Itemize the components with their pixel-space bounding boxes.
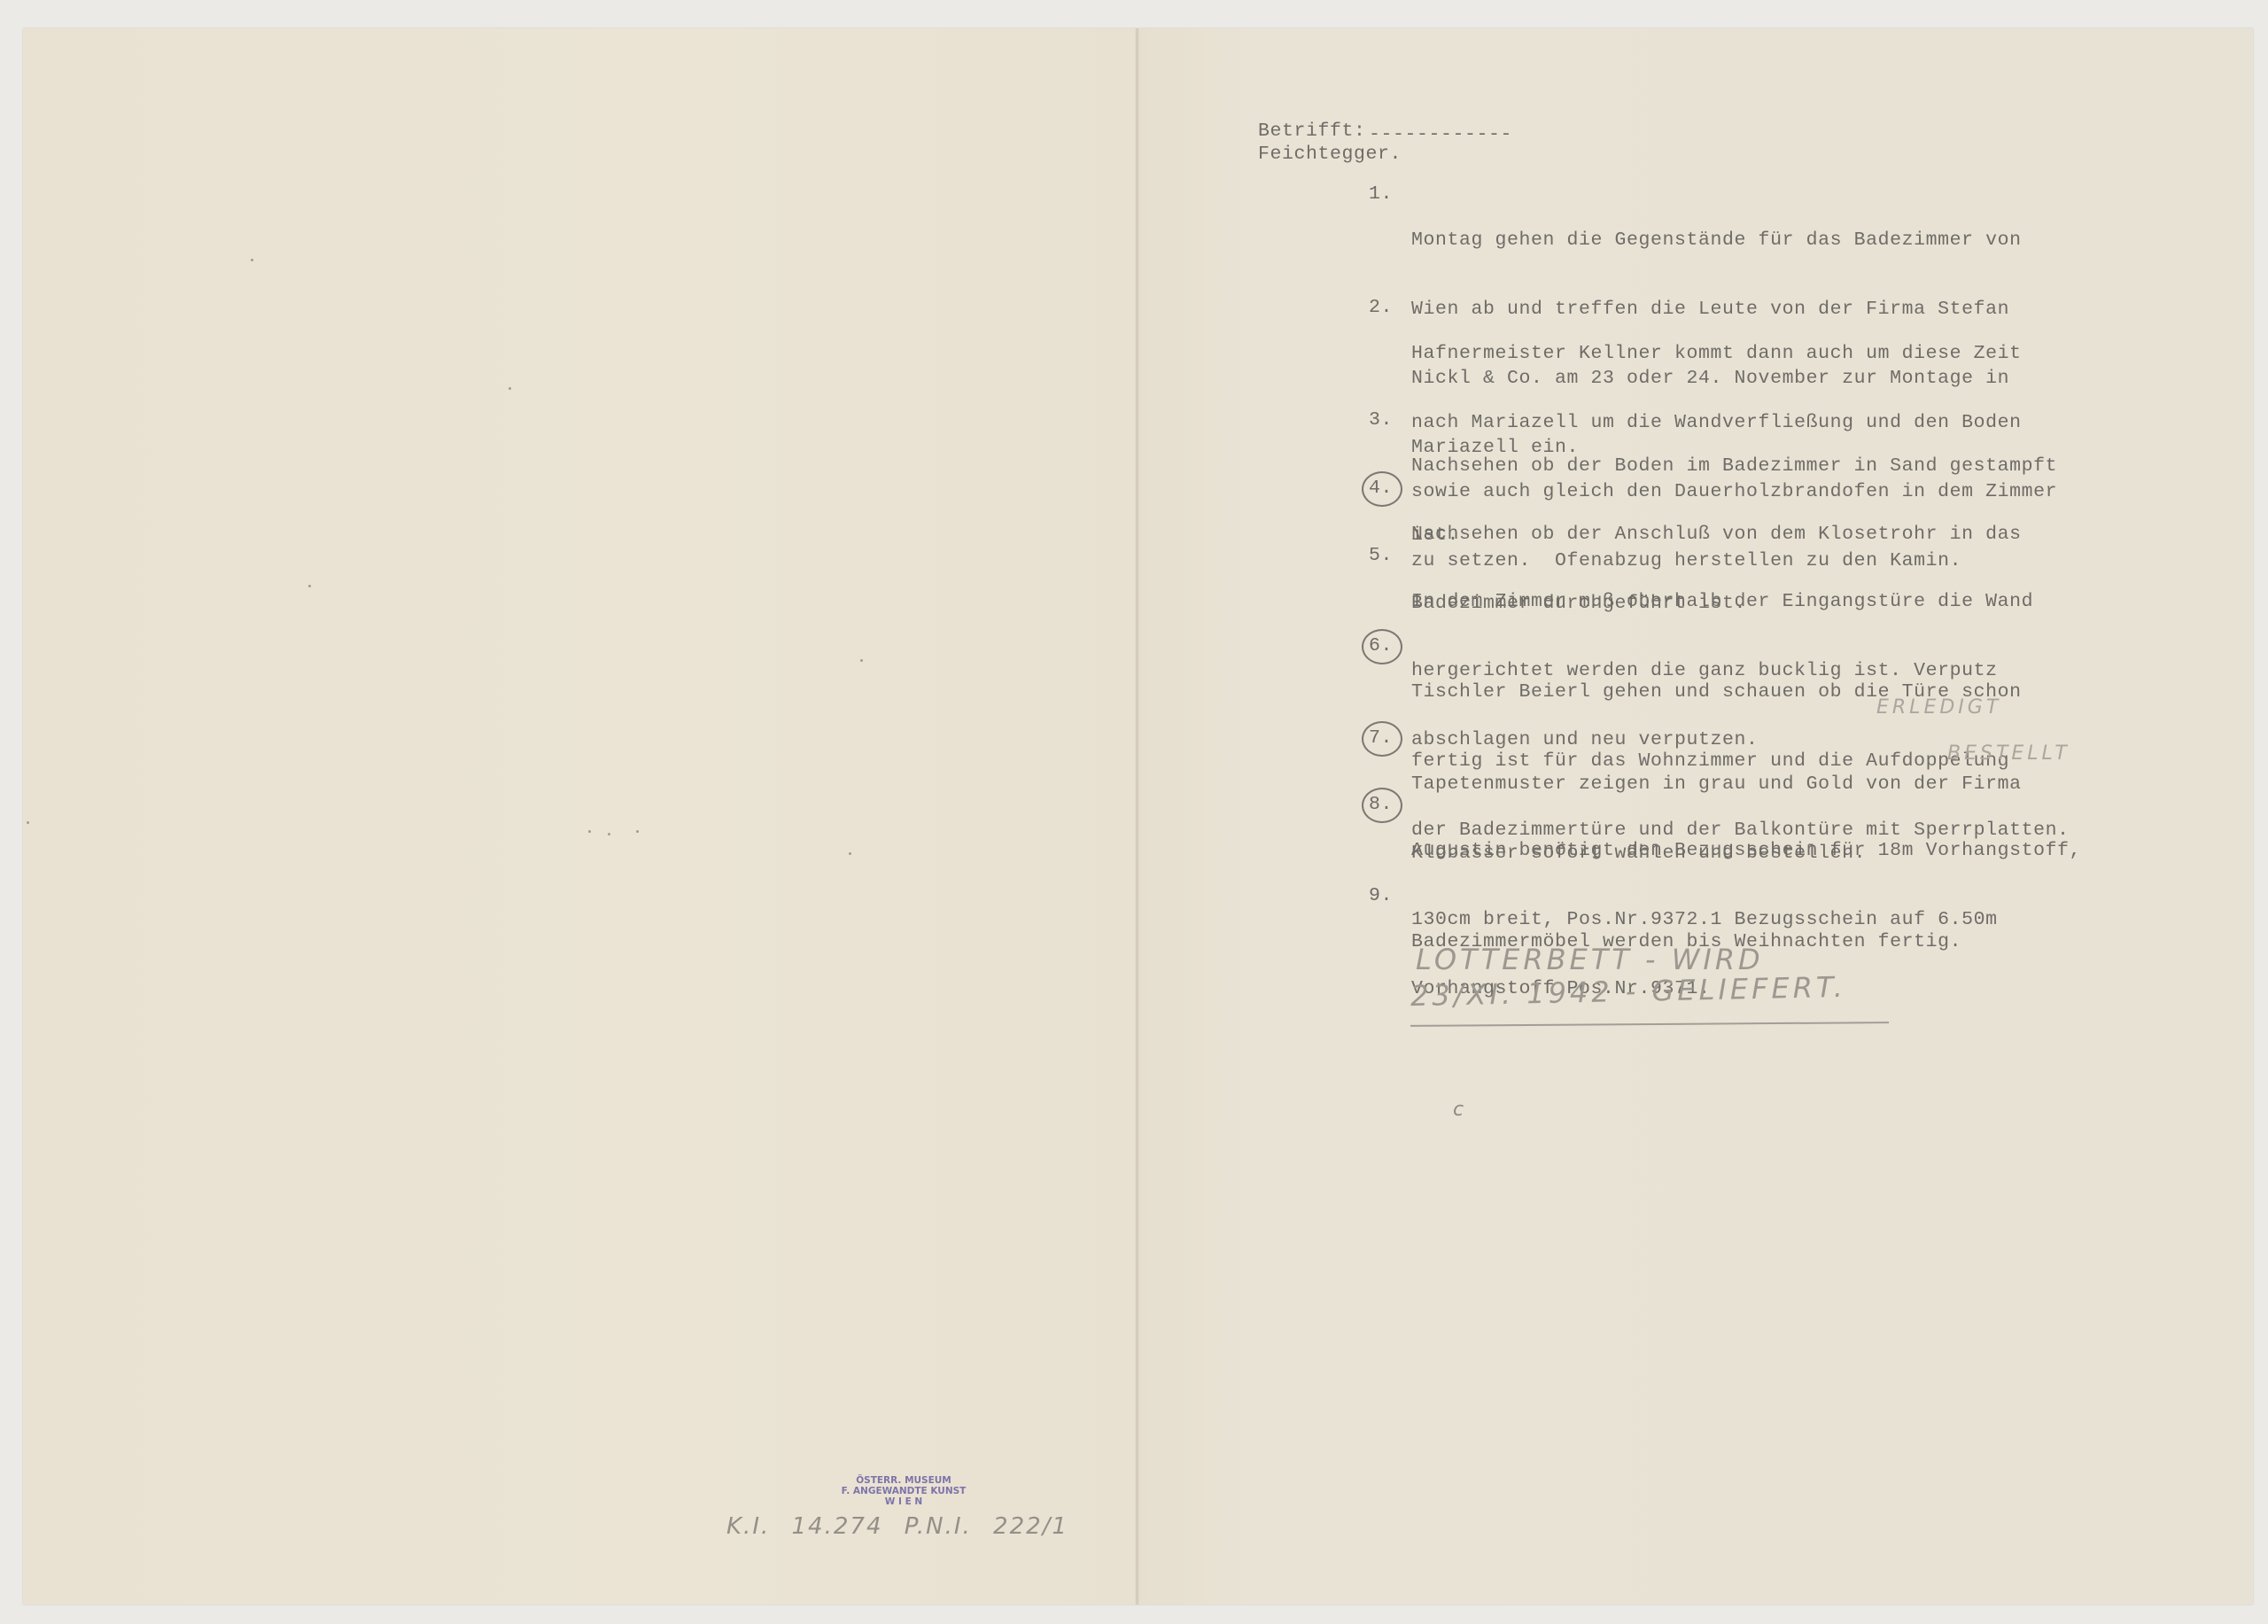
item-line: Montag gehen die Gegenstände für das Bad… <box>1411 229 2022 252</box>
item-line: In dem Zimmer muß oberhalb der Eingangst… <box>1411 590 2033 613</box>
paper-speck <box>608 833 610 835</box>
item-line: Augustin benötigt den Bezugsschein für 1… <box>1411 839 2081 862</box>
paper-speck <box>27 821 29 824</box>
heading-underline: ------------ <box>1369 124 1512 145</box>
paper-speck <box>636 830 639 833</box>
paper-speck <box>308 585 311 587</box>
heading-subject: Feichtegger. <box>1258 144 1402 165</box>
stray-pencil-mark: c <box>1453 1099 1467 1121</box>
left-page-blank <box>23 28 1137 1605</box>
annotation-erledigt: ERLEDIGT <box>1876 696 2001 719</box>
paper-speck <box>588 830 591 833</box>
center-fold <box>1135 28 1139 1605</box>
heading-label: Betrifft: <box>1258 120 1366 142</box>
inventory-number: K.I. 14.274 P.N.I. 222/1 <box>726 1513 1068 1540</box>
museum-stamp: ÖSTERR. MUSEUM F. ANGEWANDTE KUNST W I E… <box>824 1475 983 1507</box>
paper-speck <box>251 259 253 261</box>
item-line: Nachsehen ob der Anschluß von dem Kloset… <box>1411 523 2022 546</box>
item-line: Hafnermeister Kellner kommt dann auch um… <box>1411 342 2057 365</box>
footer-note-line1: LOTTERBETT - WIRD <box>1416 943 1764 976</box>
paper-speck <box>849 852 851 855</box>
paper-speck <box>860 659 863 662</box>
item-number: 9. <box>1369 884 1411 999</box>
stamp-line: F. ANGEWANDTE KUNST <box>824 1486 983 1496</box>
paper-speck <box>509 387 511 390</box>
stamp-line: W I E N <box>824 1496 983 1507</box>
annotation-bestellt: BESTELLT <box>1947 742 2070 765</box>
item-line: Nachsehen ob der Boden im Badezimmer in … <box>1411 455 2057 478</box>
stamp-line: ÖSTERR. MUSEUM <box>824 1475 983 1486</box>
